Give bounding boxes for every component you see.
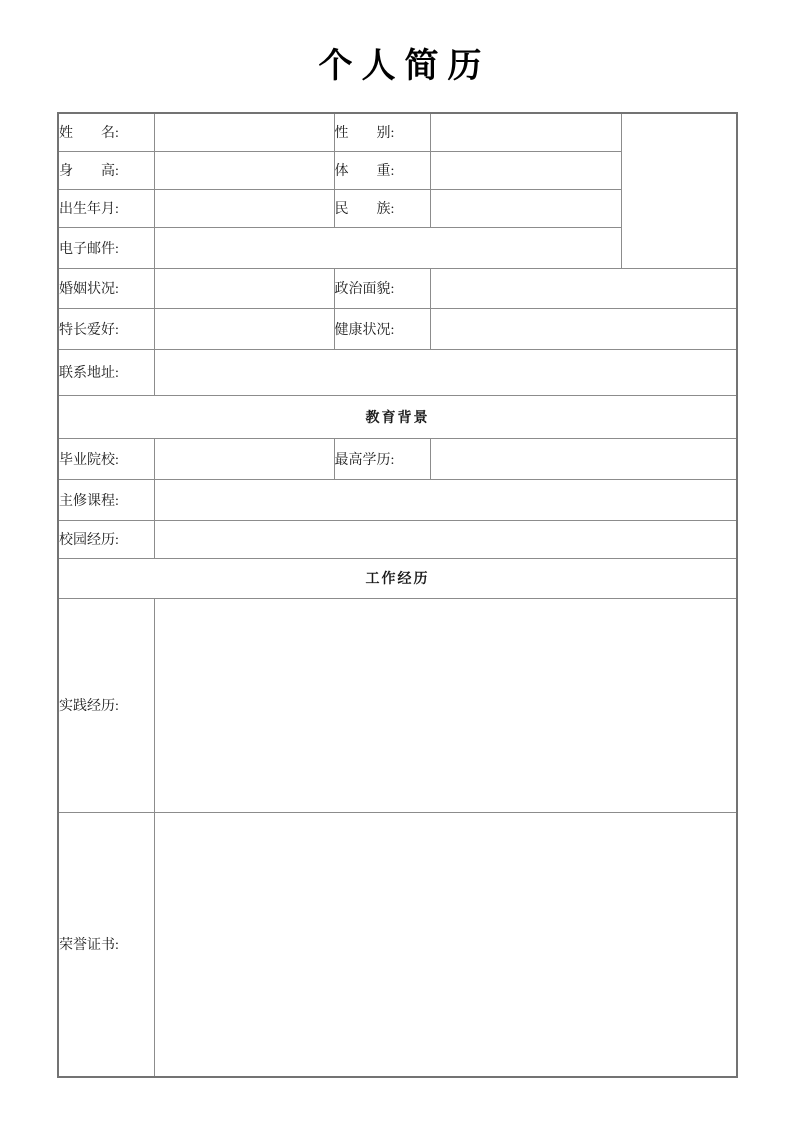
resume-table: 姓 名: 性 别: 身 高: 体 重: 出生年月: 民 族: 电子邮件: [57, 112, 738, 1078]
work-section-header: 工作经历 [58, 558, 737, 598]
email-label: 电子邮件: [58, 227, 154, 268]
row-work-header: 工作经历 [58, 558, 737, 598]
row-name-gender: 姓 名: 性 别: [58, 113, 737, 151]
hobby-value[interactable] [154, 308, 334, 349]
photo-placeholder[interactable] [621, 113, 737, 268]
honors-label: 荣誉证书: [58, 812, 154, 1077]
marital-value[interactable] [154, 268, 334, 308]
practice-value[interactable] [154, 598, 737, 812]
health-value[interactable] [430, 308, 737, 349]
email-value[interactable] [154, 227, 621, 268]
ethnicity-label: 民 族: [334, 189, 430, 227]
row-practice: 实践经历: [58, 598, 737, 812]
height-value[interactable] [154, 151, 334, 189]
health-label: 健康状况: [334, 308, 430, 349]
education-section-header: 教育背景 [58, 395, 737, 438]
hobby-label: 特长爱好: [58, 308, 154, 349]
weight-value[interactable] [430, 151, 621, 189]
row-address: 联系地址: [58, 349, 737, 395]
row-campus: 校园经历: [58, 520, 737, 558]
name-label: 姓 名: [58, 113, 154, 151]
campus-label: 校园经历: [58, 520, 154, 558]
weight-label: 体 重: [334, 151, 430, 189]
resume-page: 个人简历 姓 名: 性 别: 身 高: 体 重: 出生年月: [0, 0, 800, 1132]
political-label: 政治面貌: [334, 268, 430, 308]
political-value[interactable] [430, 268, 737, 308]
row-courses: 主修课程: [58, 479, 737, 520]
page-title: 个人简历 [0, 48, 800, 85]
degree-value[interactable] [430, 438, 737, 479]
campus-value[interactable] [154, 520, 737, 558]
name-value[interactable] [154, 113, 334, 151]
height-label: 身 高: [58, 151, 154, 189]
row-education-header: 教育背景 [58, 395, 737, 438]
ethnicity-value[interactable] [430, 189, 621, 227]
row-honors: 荣誉证书: [58, 812, 737, 1077]
courses-label: 主修课程: [58, 479, 154, 520]
honors-value[interactable] [154, 812, 737, 1077]
row-marital-political: 婚姻状况: 政治面貌: [58, 268, 737, 308]
school-label: 毕业院校: [58, 438, 154, 479]
gender-value[interactable] [430, 113, 621, 151]
practice-label: 实践经历: [58, 598, 154, 812]
birthdate-label: 出生年月: [58, 189, 154, 227]
row-school-degree: 毕业院校: 最高学历: [58, 438, 737, 479]
courses-value[interactable] [154, 479, 737, 520]
school-value[interactable] [154, 438, 334, 479]
gender-label: 性 别: [334, 113, 430, 151]
birthdate-value[interactable] [154, 189, 334, 227]
address-value[interactable] [154, 349, 737, 395]
row-hobby-health: 特长爱好: 健康状况: [58, 308, 737, 349]
degree-label: 最高学历: [334, 438, 430, 479]
marital-label: 婚姻状况: [58, 268, 154, 308]
address-label: 联系地址: [58, 349, 154, 395]
